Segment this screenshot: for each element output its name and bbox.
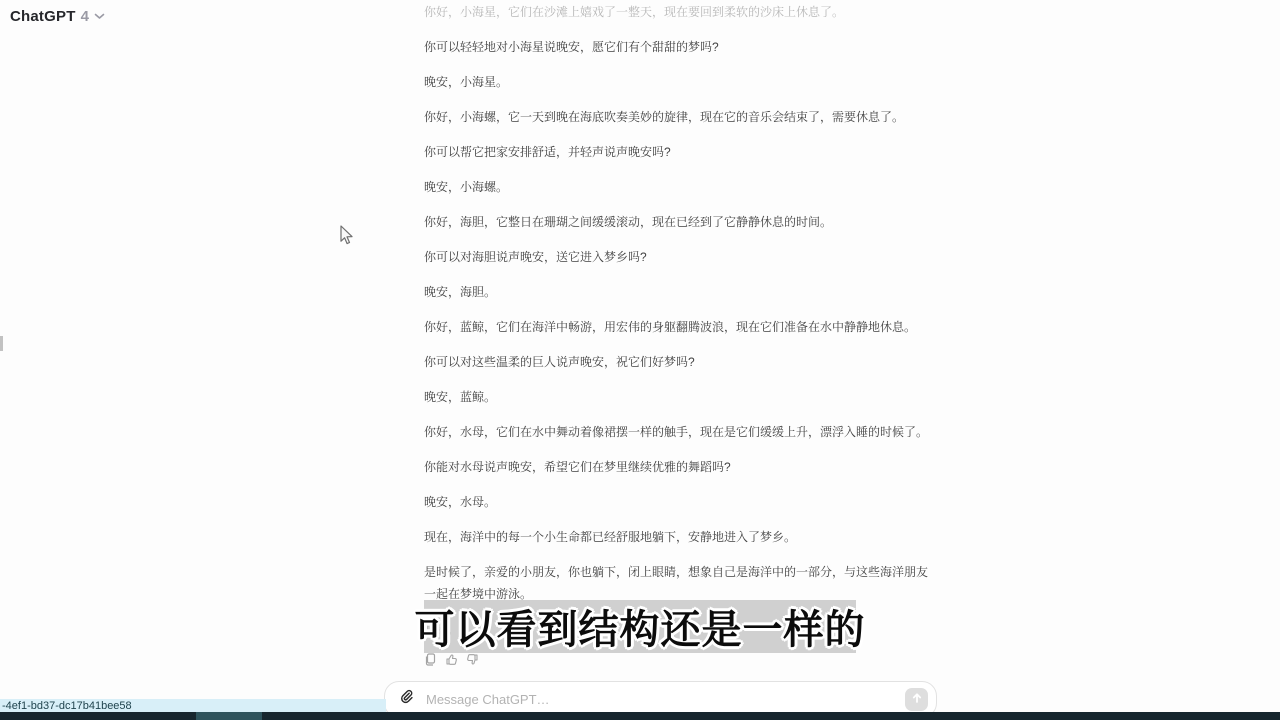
- chat-paragraph: 晚安，海胆。: [424, 281, 936, 303]
- link-fragment-text: -4ef1-bd37-dc17b41bee58: [0, 699, 132, 713]
- conversation-thread: 你好，小海星，它们在沙滩上嬉戏了一整天，现在要回到柔软的沙床上休息了。 你可以轻…: [424, 1, 936, 666]
- video-progress-segment: [196, 712, 262, 720]
- chat-paragraph: 你可以对这些温柔的巨人说声晚安，祝它们好梦吗?: [424, 351, 936, 373]
- chat-paragraph: 你好，小海螺，它一天到晚在海底吹奏美妙的旋律，现在它的音乐会结束了，需要休息了。: [424, 106, 936, 128]
- chat-paragraph: 你能对水母说声晚安，希望它们在梦里继续优雅的舞蹈吗?: [424, 456, 936, 478]
- status-link-tooltip: -4ef1-bd37-dc17b41bee58: [0, 699, 386, 713]
- app-title: ChatGPT: [10, 8, 76, 25]
- subtitle-text: 可以看到结构还是一样的: [415, 598, 866, 655]
- chevron-down-icon: [94, 13, 105, 20]
- send-button[interactable]: [905, 688, 928, 711]
- chat-paragraph: 你可以轻轻地对小海星说晚安，愿它们有个甜甜的梦吗?: [424, 36, 936, 58]
- video-player-bar[interactable]: [0, 712, 1280, 720]
- message-input[interactable]: [426, 692, 905, 707]
- chat-paragraph: 晚安，水母。: [424, 491, 936, 513]
- scrollbar-remnant[interactable]: [0, 336, 3, 351]
- chat-paragraph: 你可以帮它把家安排舒适，并轻声说声晚安吗?: [424, 141, 936, 163]
- paperclip-icon[interactable]: [399, 689, 414, 710]
- chat-paragraph: 晚安，蓝鲸。: [424, 386, 936, 408]
- arrow-up-icon: [911, 692, 923, 707]
- chat-paragraph: 你好，海胆，它整日在珊瑚之间缓缓滚动，现在已经到了它静静休息的时间。: [424, 211, 936, 233]
- chat-paragraph: 你好，小海星，它们在沙滩上嬉戏了一整天，现在要回到柔软的沙床上休息了。: [424, 1, 936, 23]
- model-selector[interactable]: ChatGPT 4: [10, 8, 105, 25]
- chat-paragraph: 晚安，小海星。: [424, 71, 936, 93]
- chat-paragraph: 晚安，小海螺。: [424, 176, 936, 198]
- mouse-cursor: [338, 225, 354, 252]
- chat-paragraph: 你好，蓝鲸，它们在海洋中畅游，用宏伟的身躯翻腾波浪，现在它们准备在水中静静地休息…: [424, 316, 936, 338]
- chat-paragraph: 你好，水母，它们在水中舞动着像裙摆一样的触手，现在是它们缓缓上升，漂浮入睡的时候…: [424, 421, 936, 443]
- model-version: 4: [81, 8, 89, 25]
- chat-paragraph: 你可以对海胆说声晚安，送它进入梦乡吗?: [424, 246, 936, 268]
- chatgpt-window: ChatGPT 4 你好，小海星，它们在沙滩上嬉戏了一整天，现在要回到柔软的沙床…: [0, 0, 1280, 720]
- chat-paragraph: 现在，海洋中的每一个小生命都已经舒服地躺下，安静地进入了梦乡。: [424, 526, 936, 548]
- video-subtitle-overlay: 可以看到结构还是一样的: [424, 600, 856, 653]
